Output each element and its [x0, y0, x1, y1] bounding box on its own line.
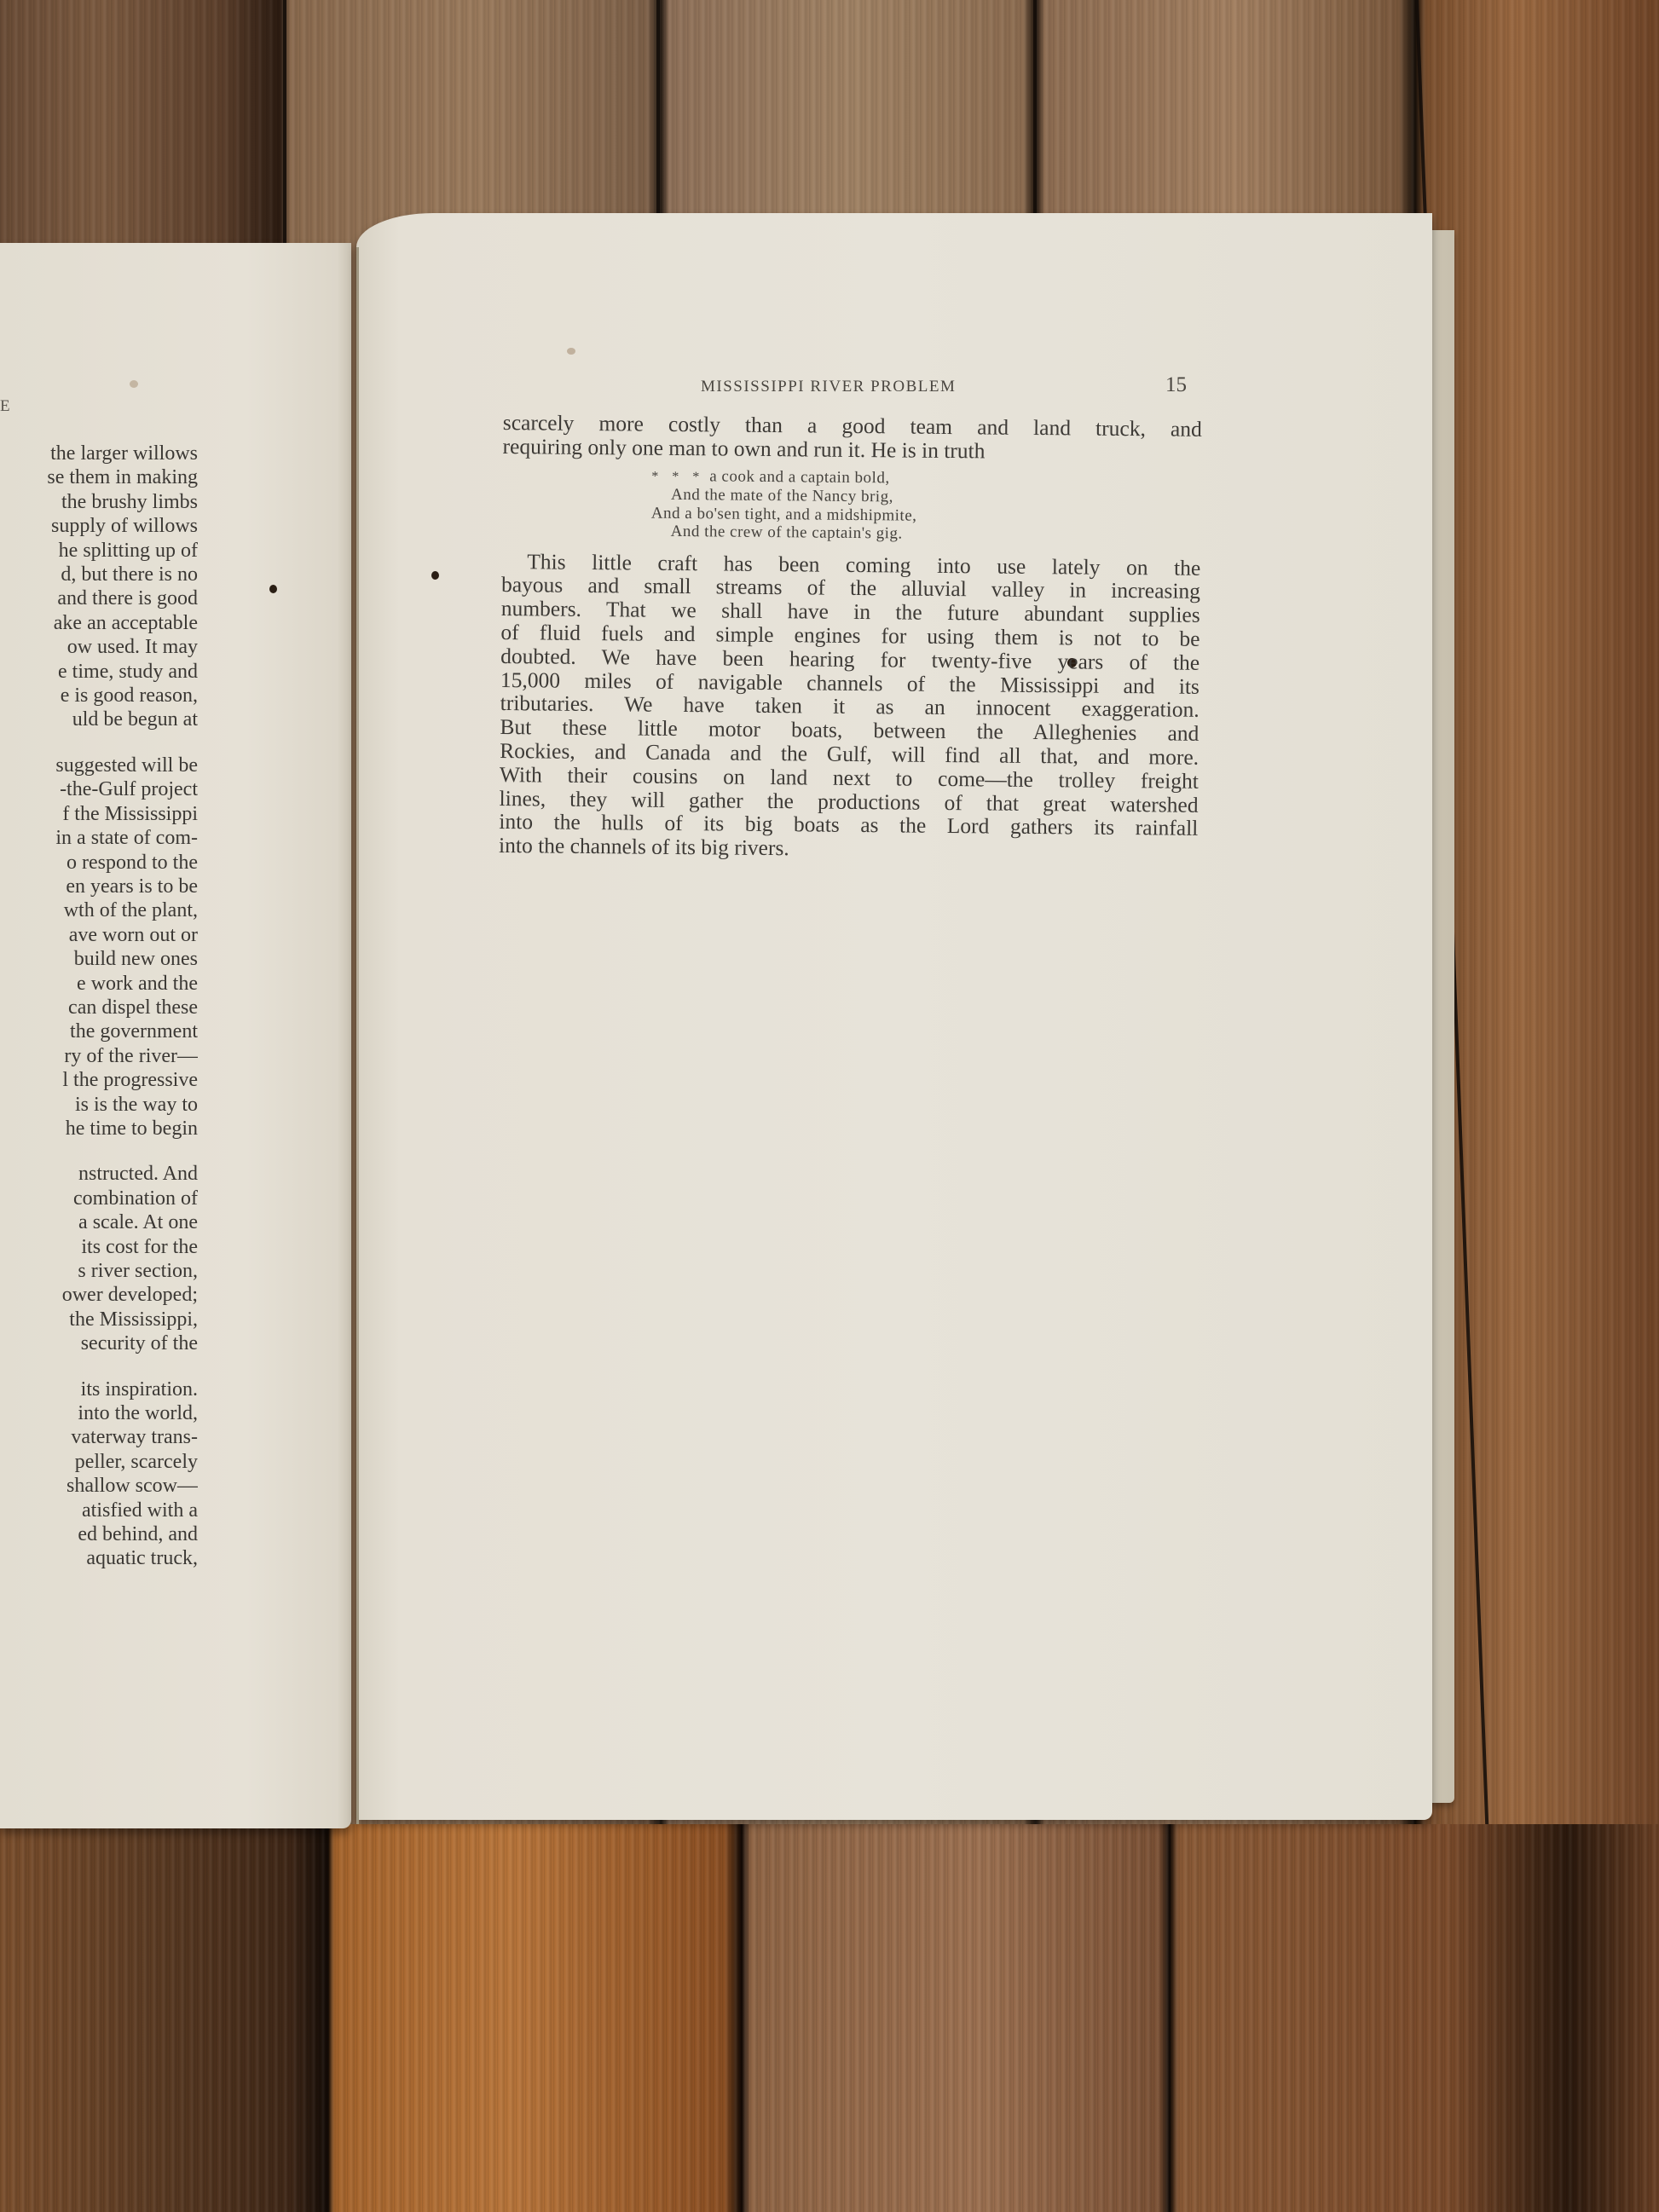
text-line: en years is to be — [0, 875, 198, 898]
text-line: the Mississippi, — [0, 1308, 198, 1331]
text-line: is is the way to — [0, 1093, 198, 1117]
text-line: f the Mississippi — [0, 802, 198, 826]
left-page-text-column: the larger willows se them in making the… — [0, 442, 198, 1592]
left-paragraph-2: suggested will be -the-Gulf project f th… — [0, 754, 198, 1141]
floor-seam — [656, 0, 660, 222]
text-line: d, but there is no — [0, 563, 198, 586]
text-line: ower developed; — [0, 1283, 198, 1307]
text-line: ed behind, and — [0, 1522, 198, 1546]
paper-spot — [269, 585, 277, 593]
text-line: combination of — [0, 1187, 198, 1210]
text-line: l the progressive — [0, 1068, 198, 1092]
text-line: into the world, — [0, 1401, 198, 1425]
text-line: o respond to the — [0, 851, 198, 875]
paper-spot — [567, 348, 575, 355]
text-line: and there is good — [0, 586, 198, 610]
text-line: its inspiration. — [0, 1377, 198, 1401]
text-line: shallow scow— — [0, 1474, 198, 1498]
text-line: -the-Gulf project — [0, 777, 198, 801]
wood-floor-lower — [0, 1824, 1659, 2212]
text-line: the brushy limbs — [0, 490, 198, 514]
text-line: its cost for the — [0, 1235, 198, 1259]
text-line: ow used. It may — [0, 635, 198, 659]
text-line: e work and the — [0, 972, 198, 996]
running-title: MISSISSIPPI RIVER PROBLEM — [701, 378, 956, 396]
text-line: ake an acceptable — [0, 611, 198, 635]
paper-spot — [130, 380, 138, 388]
text-line: atisfied with a — [0, 1499, 198, 1522]
floor-seam — [283, 0, 286, 256]
verse-text: a cook and a captain bold, — [709, 467, 890, 487]
left-paragraph-1: the larger willows se them in making the… — [0, 442, 198, 732]
paper-spot — [431, 571, 439, 580]
text-line: vaterway trans- — [0, 1425, 198, 1449]
left-page-header-fragment: E — [0, 397, 10, 416]
text-line: suggested will be — [0, 754, 198, 777]
text-line: aquatic truck, — [0, 1546, 198, 1570]
text-line: wth of the plant, — [0, 898, 198, 922]
text-line: security of the — [0, 1331, 198, 1355]
text-line: ry of the river— — [0, 1044, 198, 1068]
text-line: the larger willows — [0, 442, 198, 465]
page-number: 15 — [1165, 373, 1187, 397]
text-line: e time, study and — [0, 660, 198, 684]
text-line: s river section, — [0, 1259, 198, 1283]
ellipsis-asterisks: * * * — [651, 469, 704, 484]
text-line: e is good reason, — [0, 684, 198, 707]
left-paragraph-4: its inspiration. into the world, vaterwa… — [0, 1377, 198, 1571]
right-page-body: scarcely more costly than a good team an… — [499, 411, 1202, 864]
text-line: a scale. At one — [0, 1210, 198, 1234]
text-line: can dispel these — [0, 996, 198, 1019]
text-line: ave worn out or — [0, 923, 198, 947]
book-spine — [356, 247, 359, 1824]
text-line: supply of willows — [0, 514, 198, 538]
left-paragraph-3: nstructed. And combination of a scale. A… — [0, 1162, 198, 1355]
text-line: in a state of com- — [0, 826, 198, 850]
text-line: he time to begin — [0, 1117, 198, 1141]
text-line: build new ones — [0, 947, 198, 971]
floor-seam — [1033, 0, 1037, 230]
page-header: MISSISSIPPI RIVER PROBLEM 15 — [701, 373, 1187, 394]
text-line: uld be begun at — [0, 707, 198, 731]
text-line: nstructed. And — [0, 1162, 198, 1186]
text-line: peller, scarcely — [0, 1450, 198, 1474]
verse-quotation: * * *a cook and a captain bold, And the … — [502, 465, 1202, 546]
text-line: he splitting up of — [0, 539, 198, 563]
text-line: se them in making — [0, 465, 198, 489]
body-paragraph: This little craft has been coming into u… — [499, 550, 1200, 864]
text-line: the government — [0, 1019, 198, 1043]
opening-paragraph: scarcely more costly than a good team an… — [502, 411, 1201, 465]
